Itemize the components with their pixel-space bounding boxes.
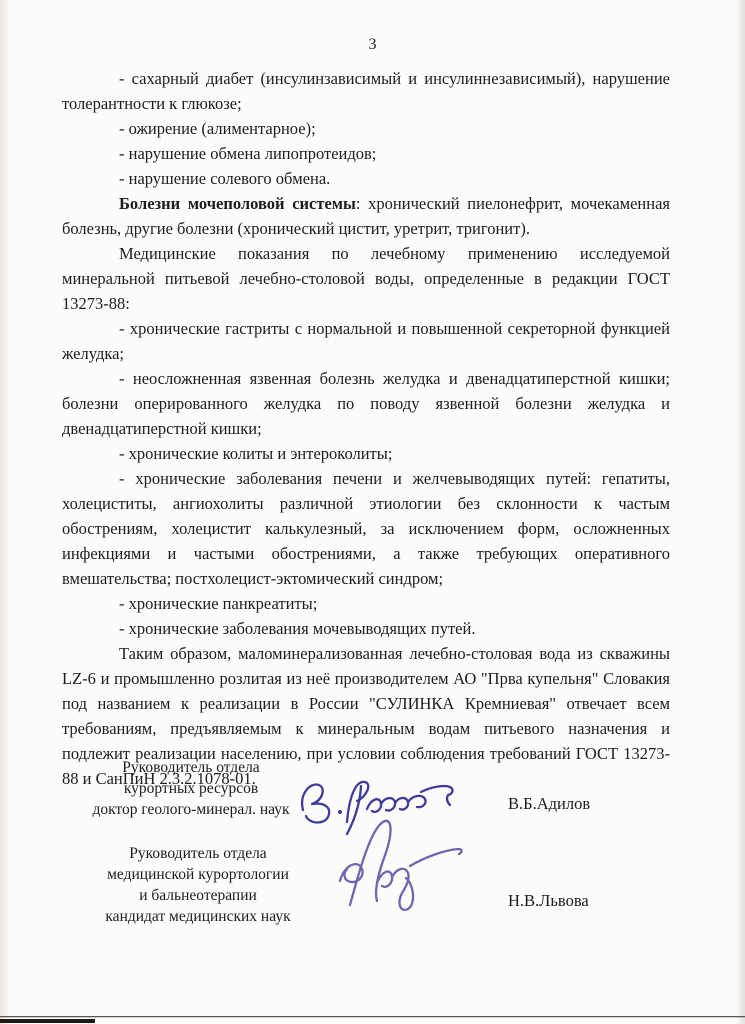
scan-artifact-bottom-corner	[0, 1019, 95, 1023]
signature-lvova	[330, 813, 465, 927]
bullet-pancreatitis: - хронические панкреатиты;	[62, 591, 670, 616]
scan-artifact-bottom-line	[0, 1016, 745, 1017]
document-body: - сахарный диабет (инсулинзависимый и ин…	[62, 66, 670, 791]
signature-2-label-line: медицинской курортологии	[92, 864, 304, 885]
bullet-urinary-tract: - хронические заболевания мочевыводящих …	[62, 616, 670, 641]
para-medical-indications: Медицинские показания по лечебному приме…	[62, 241, 670, 316]
signature-stroke	[302, 785, 329, 823]
heading-urogenital: Болезни мочеполовой системы: хронический…	[62, 191, 670, 241]
scan-artifact-right-edge	[736, 0, 745, 1024]
signature-stroke	[350, 821, 391, 905]
bullet-liver: - хронические заболевания печени и желче…	[62, 466, 670, 591]
signature-1-label-line: курортных ресурсов	[85, 778, 297, 799]
bullet-salt-metabolism: - нарушение солевого обмена.	[62, 166, 670, 191]
signature-block-1-labels: Руководитель отдела курортных ресурсов д…	[85, 757, 297, 820]
scanned-page: 3 - сахарный диабет (инсулинзависимый и …	[0, 0, 745, 1024]
signature-stroke	[410, 849, 462, 866]
signature-1-label-line: Руководитель отдела	[85, 757, 297, 778]
bullet-gastritis: - хронические гастриты с нормальной и по…	[62, 316, 670, 366]
bullet-lipoprotein: - нарушение обмена липопротеидов;	[62, 141, 670, 166]
bullet-diabetes: - сахарный диабет (инсулинзависимый и ин…	[62, 66, 670, 116]
signature-name-adilov: В.Б.Адилов	[508, 794, 590, 814]
bullet-ulcer: - неосложненная язвенная болезнь желудка…	[62, 366, 670, 441]
signature-name-lvova: Н.В.Львова	[508, 891, 589, 911]
scan-artifact-left-edge	[0, 0, 10, 1024]
signature-2-label-line: и бальнеотерапии	[92, 885, 304, 906]
signature-2-label-line: Руководитель отдела	[92, 843, 304, 864]
signature-stroke	[408, 796, 426, 807]
bullet-colitis: - хронические колиты и энтероколиты;	[62, 441, 670, 466]
signature-2-label-line: кандидат медицинских наук	[92, 906, 304, 927]
signature-stroke	[377, 869, 413, 910]
signature-stroke	[367, 798, 408, 812]
heading-urogenital-bold: Болезни мочеполовой системы	[119, 194, 356, 213]
signature-block-2-labels: Руководитель отдела медицинской курортол…	[92, 843, 304, 927]
bullet-obesity: - ожирение (алиментарное);	[62, 116, 670, 141]
signature-1-label-line: доктор геолого-минерал. наук	[85, 799, 297, 820]
page-number: 3	[0, 36, 745, 54]
